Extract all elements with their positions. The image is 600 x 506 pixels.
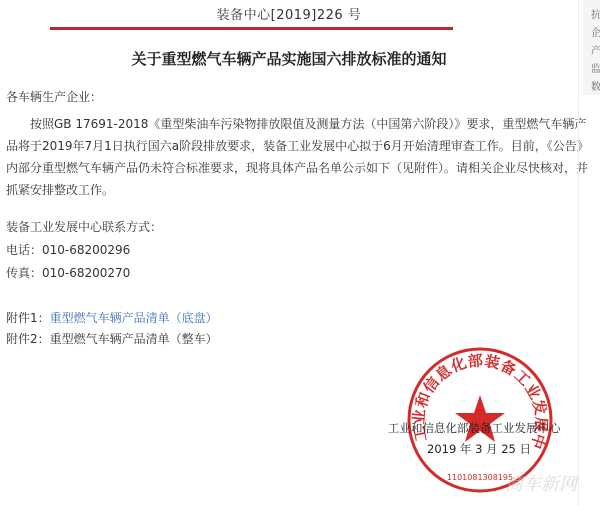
body-line: 内部分重型燃气车辆产品仍未符合标准要求，现将具体产品名单公示如下（见附件）。请相… (6, 157, 566, 179)
side-panel-char: 数 (591, 78, 600, 93)
attachment-2: 附件2：重型燃气车辆产品清单（整车） (6, 330, 218, 347)
document-page: 装备中心[2019]226 号 关于重型燃气车辆产品实施国六排放标准的通知 各车… (0, 0, 578, 506)
body-line: 按照GB 17691-2018《重型柴油车污染物排放限值及测量方法（中国第六阶段… (6, 113, 566, 135)
attachment-1-prefix: 附件1： (6, 311, 50, 325)
side-panel-char: 产 (591, 42, 600, 57)
side-panel-char: 企 (591, 24, 600, 39)
side-panel-char: 抗 (591, 6, 600, 21)
attachment-1: 附件1：重型燃气车辆产品清单（底盘） (6, 309, 218, 326)
contact-fax: 传真：010-68200270 (6, 264, 130, 281)
attachment-2-prefix: 附件2： (6, 332, 50, 346)
contact-heading: 装备工业发展中心联系方式： (6, 218, 162, 235)
attachment-2-label: 重型燃气车辆产品清单（整车） (50, 332, 218, 346)
page-divider (578, 0, 579, 506)
salutation: 各车辆生产企业： (6, 88, 102, 105)
watermark: 商车新网 (505, 470, 577, 496)
document-title: 关于重型燃气车辆产品实施国六排放标准的通知 (0, 48, 578, 69)
body-line: 抓紧安排整改工作。 (6, 179, 566, 201)
signature-date: 2019 年 3 月 25 日 (427, 441, 531, 457)
body-line: 品将于2019年7月1日执行国六a阶段排放要求，装备工业发展中心拟于6月开始清理… (6, 135, 566, 157)
attachment-1-link[interactable]: 重型燃气车辆产品清单（底盘） (50, 311, 218, 325)
contact-phone: 电话：010-68200296 (6, 241, 130, 258)
document-number: 装备中心[2019]226 号 (0, 4, 578, 23)
body-paragraph: 按照GB 17691-2018《重型柴油车污染物排放限值及测量方法（中国第六阶段… (6, 113, 566, 201)
red-header-rule (50, 27, 453, 30)
signature-org: 工业和信息化部装备工业发展中心 (388, 420, 561, 436)
side-panel-char: 监 (591, 60, 600, 75)
svg-text:1101081308195: 1101081308195 (447, 473, 513, 482)
